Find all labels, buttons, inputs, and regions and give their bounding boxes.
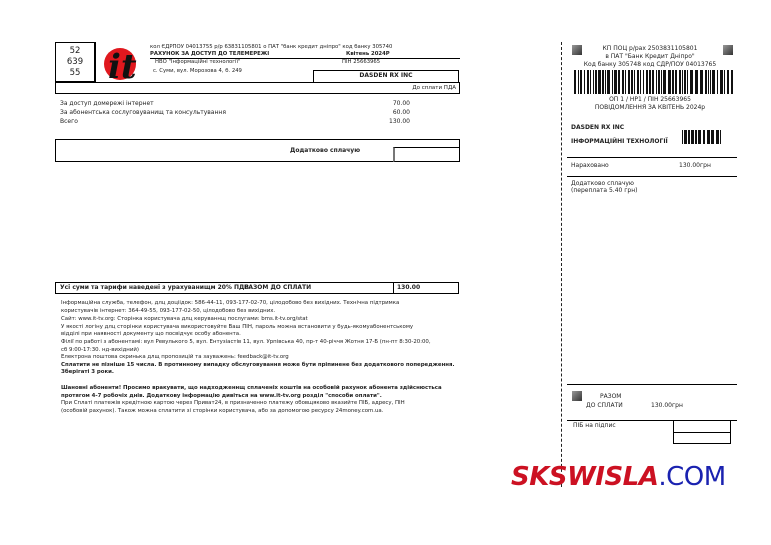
service-total-row: Всего 130.00 — [60, 118, 410, 125]
company-logo: it — [100, 42, 150, 82]
overpay-note: (переплата 5.40 грн) — [571, 187, 637, 194]
vat-note: Усі суми та тарифи наведені з урахуванищ… — [60, 284, 249, 291]
notice-bold: Шановні абоненти! Просимо вракувати, що … — [61, 385, 481, 393]
account-number-2: 639 — [67, 57, 83, 68]
notice-title: ПОВІДОМЛЕННЯ ЗА КВІТЕНЬ 2024р — [575, 104, 725, 111]
op-line: ОП 1 / НР1 / ПІН 25663965 — [580, 96, 720, 103]
extra-payment-input[interactable] — [393, 147, 460, 162]
logo-text: it — [108, 47, 137, 82]
total-value: 130.00 — [397, 284, 420, 291]
bank-account-line: КП ПОЦ р/рах 2503831105801 — [580, 45, 720, 52]
company-name: НВО "Інформаційні технології" — [155, 59, 240, 66]
marker-square-icon — [572, 391, 582, 401]
company-pin: ПІН 25663965 — [342, 59, 380, 66]
extra-payment-label-right: Додатково сплачую — [571, 180, 634, 187]
bank-code-line: Код банку 305748 код СДР/ПОУ 04013765 — [570, 61, 730, 68]
info-block: Інформаційна служба, телефон, длц доціід… — [61, 300, 481, 415]
company-address: с. Суми, вул. Морозова 4, б. 249 — [153, 68, 242, 75]
payment-deadline-warning: Сплатити не пізніше 15 числа. В протинно… — [61, 362, 481, 370]
bank-name-line: в ПАТ "Банк Кредит Дніпро" — [580, 53, 720, 60]
cut-line — [561, 42, 562, 487]
barcode — [574, 70, 734, 94]
service-row: За доступ домережі інтернет 70.00 — [60, 100, 410, 107]
marker-square-icon — [723, 45, 733, 55]
invoice-period: Квітень 2024Р — [346, 51, 390, 58]
watermark: SKSWISLA.COM — [511, 462, 726, 492]
total-label-right-2: ДО СПЛАТИ — [586, 402, 623, 409]
small-barcode — [682, 130, 722, 144]
account-number-box: 52 639 55 — [55, 42, 95, 82]
due-label: До сплати ПДА — [380, 85, 456, 92]
customer-name: DASDEN RX INC — [313, 72, 459, 79]
total-value-right: 130.00грн — [651, 402, 683, 409]
total-label-right-1: РАЗОМ — [600, 393, 621, 400]
right-customer-name: DASDEN RX INC — [571, 124, 624, 131]
accrued-label: Нараховано — [571, 162, 609, 169]
accrued-value: 130.00грн — [679, 162, 711, 169]
right-company-name: ІНФОРМАЦІЙНІ ТЕХНОЛОГІЇ — [571, 138, 668, 145]
invoice-title: РАХУНОК ЗА ДОСТУП ДО ТЕЛЕМЕРЕЖІ — [150, 51, 269, 58]
signature-label: ПІБ на підпис — [573, 422, 616, 429]
service-row: За абонентська сослуговуванищ та консуль… — [60, 109, 410, 116]
extra-payment-label: Додатково сплачую — [290, 147, 360, 154]
account-number-1: 52 — [70, 46, 81, 57]
account-number-3: 55 — [70, 68, 81, 79]
bank-details: кол ЄДРПОУ 04013755 р/р 63831105801 о ПА… — [150, 44, 392, 51]
total-label: РАЗОМ ДО СПЛАТИ — [244, 284, 311, 291]
